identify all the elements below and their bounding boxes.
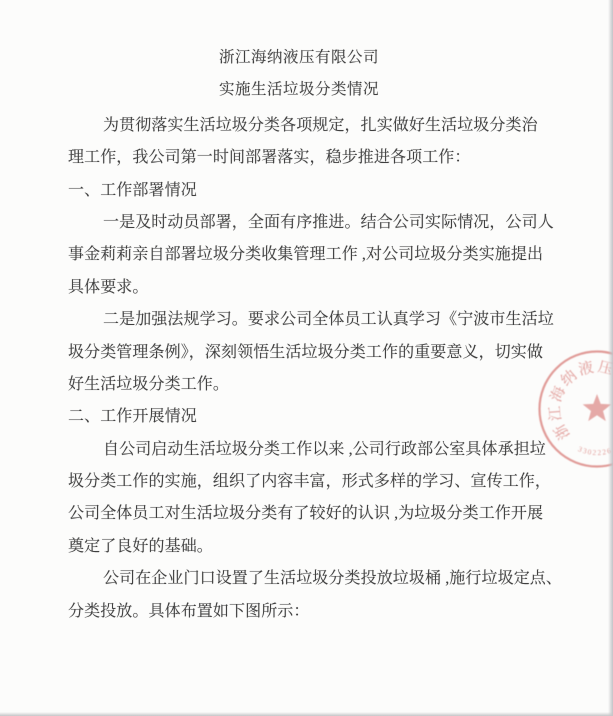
page-edge-shadow-bottom — [0, 712, 613, 716]
body-line: 为贯彻落实生活垃圾分类各项规定，扎实做好生活垃圾分类治 — [68, 110, 538, 142]
body-line: 理工作，我公司第一时间部署落实，稳步推进各项工作： — [68, 142, 538, 174]
body-line: 具体要求。 — [68, 272, 538, 304]
body-line: 圾分类管理条例》，深刻领悟生活垃圾分类工作的重要意义，切实做 — [68, 337, 538, 369]
body-line: 分类投放。具体布置如下图所示： — [68, 596, 538, 628]
scanned-document-page: 浙江海纳液压有限公司 实施生活垃圾分类情况 为贯彻落实生活垃圾分类各项规定，扎实… — [0, 0, 613, 716]
seal-star-icon — [583, 394, 612, 421]
section-heading: 二、工作开展情况 — [68, 401, 538, 433]
body-line: 自公司启动生活垃圾分类工作以来 ,公司行政部公室具体承担垃 — [68, 434, 538, 466]
body-line: 事金莉莉亲自部署垃圾分类收集管理工作 ,对公司垃圾分类实施提出 — [68, 239, 538, 271]
body-line: 一是及时动员部署，全面有序推进。结合公司实际情况，公司人 — [68, 207, 538, 239]
page-edge-shadow-right — [608, 0, 613, 716]
body-line: 圾分类工作的实施，组织了内容丰富，形式多样的学习、宣传工作， — [68, 466, 538, 498]
document-subtitle: 实施生活垃圾分类情况 — [68, 74, 538, 106]
body-line: 好生活垃圾分类工作。 — [68, 369, 538, 401]
body-line: 公司在企业门口设置了生活垃圾分类投放垃圾桶 ,施行垃圾定点、 — [68, 563, 538, 595]
document-title: 浙江海纳液压有限公司 — [68, 42, 538, 74]
company-seal-stamp: 浙江海纳液压有限公司 3302226 — [522, 334, 613, 484]
body-line: 奠定了良好的基础。 — [68, 531, 538, 563]
section-heading: 一、工作部署情况 — [68, 175, 538, 207]
body-line: 二是加强法规学习。要求公司全体员工认真学习《宁波市生活垃 — [68, 304, 538, 336]
seal-company-text: 浙江海纳液压有限公司 — [546, 357, 613, 442]
body-line: 公司全体员工对生活垃圾分类有了较好的认识 ,为垃圾分类工作开展 — [68, 498, 538, 530]
document-body: 浙江海纳液压有限公司 实施生活垃圾分类情况 为贯彻落实生活垃圾分类各项规定，扎实… — [68, 42, 538, 628]
